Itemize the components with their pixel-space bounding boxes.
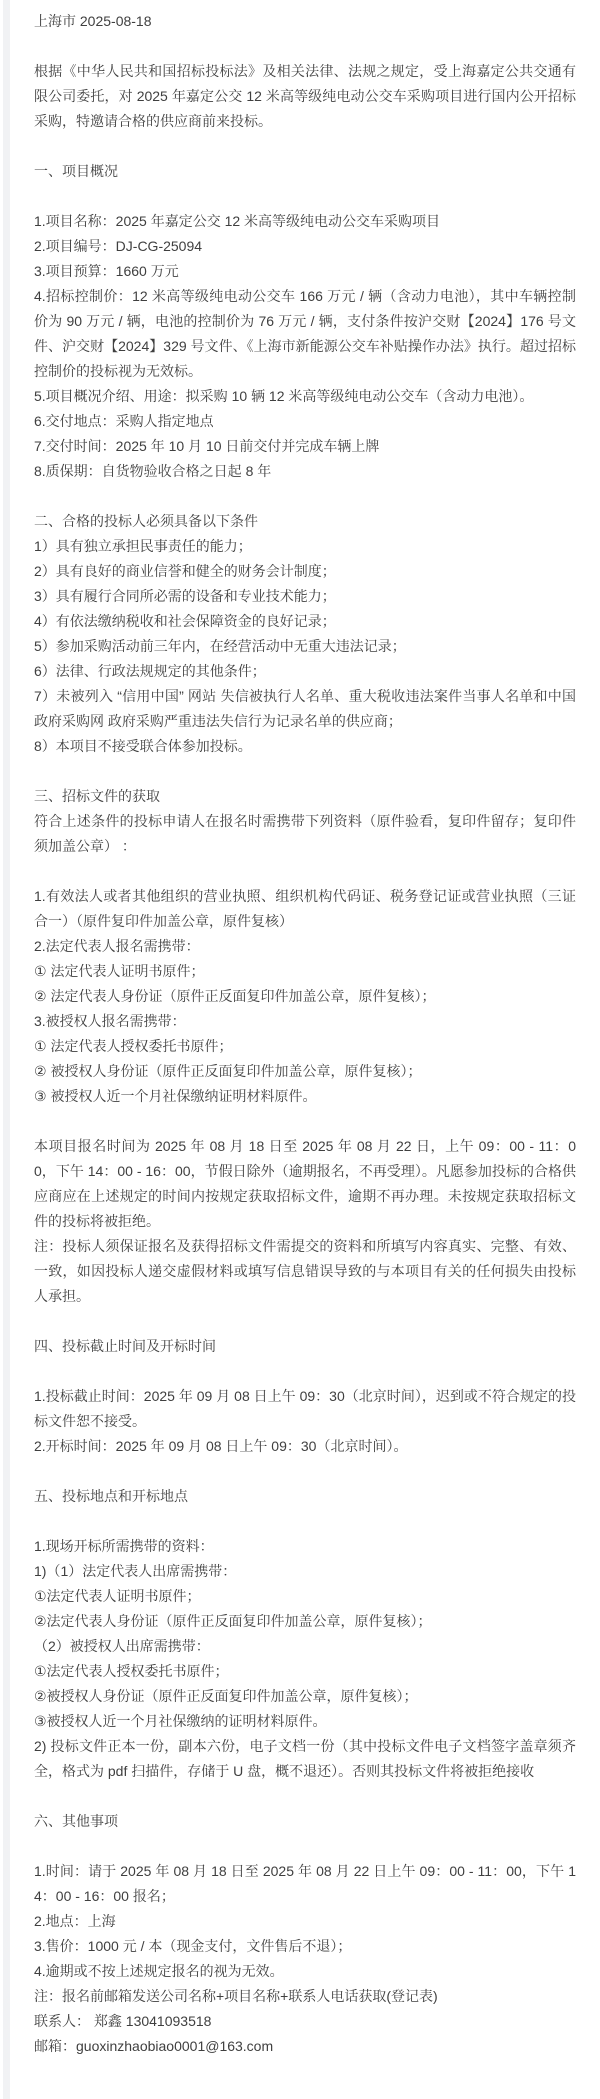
date-line: 上海市 2025-08-18 xyxy=(34,9,576,34)
paragraph: 2.地点：上海 xyxy=(34,1909,576,1934)
paragraph: 2.项目编号：DJ-CG-25094 xyxy=(34,234,576,259)
paragraph: 4.逾期或不按上述规定报名的视为无效。 xyxy=(34,1959,576,1984)
paragraph: ② 被授权人身份证（原件正反面复印件加盖公章，原件复核）； xyxy=(34,1059,576,1084)
paragraph: 1)（1）法定代表人出席需携带： xyxy=(34,1559,576,1584)
paragraph: 1）具有独立承担民事责任的能力； xyxy=(34,534,576,559)
paragraph: 6.交付地点：采购人指定地点 xyxy=(34,409,576,434)
paragraph: 1.时间：请于 2025 年 08 月 18 日至 2025 年 08 月 22… xyxy=(34,1859,576,1909)
paragraph: ②被授权人身份证（原件正反面复印件加盖公章，原件复核）； xyxy=(34,1684,576,1709)
paragraph: 注：报名前邮箱发送公司名称+项目名称+联系人电话获取(登记表) xyxy=(34,1984,576,2009)
paragraph: ①法定代表人证明书原件； xyxy=(34,1584,576,1609)
paragraph: 联系人： 郑鑫 13041093518 xyxy=(34,2009,576,2034)
paragraph: ③被授权人近一个月社保缴纳的证明材料原件。 xyxy=(34,1709,576,1734)
paragraph: 8）本项目不接受联合体参加投标。 xyxy=(34,734,576,759)
paragraph: 2.法定代表人报名需携带： xyxy=(34,934,576,959)
paragraph: 3.售价：1000 元 / 本（现金支付，文件售后不退）； xyxy=(34,1934,576,1959)
paragraph: ②法定代表人身份证（原件正反面复印件加盖公章，原件复核）； xyxy=(34,1609,576,1634)
paragraph: 3.被授权人报名需携带： xyxy=(34,1009,576,1034)
paragraph: 2) 投标文件正本一份，副本六份，电子文档一份（其中投标文件电子文档签字盖章须齐… xyxy=(34,1734,576,1784)
paragraph: 3.项目预算：1660 万元 xyxy=(34,259,576,284)
section-heading: 二、合格的投标人必须具备以下条件 xyxy=(34,509,576,534)
paragraph: 5）参加采购活动前三年内，在经营活动中无重大违法记录； xyxy=(34,634,576,659)
paragraph: 1.有效法人或者其他组织的营业执照、组织机构代码证、税务登记证或营业执照（三证合… xyxy=(34,884,576,934)
paragraph: ③ 被授权人近一个月社保缴纳证明材料原件。 xyxy=(34,1084,576,1109)
paragraph: ① 法定代表人证明书原件； xyxy=(34,959,576,984)
section-heading: 一、项目概况 xyxy=(34,159,576,184)
paragraph: 2.开标时间：2025 年 09 月 08 日上午 09：30（北京时间）。 xyxy=(34,1434,576,1459)
page-left-edge xyxy=(3,0,10,2099)
section-heading: 三、招标文件的获取 xyxy=(34,784,576,809)
paragraph: 2）具有良好的商业信誉和健全的财务会计制度； xyxy=(34,559,576,584)
paragraph: 4）有依法缴纳税收和社会保障资金的良好记录； xyxy=(34,609,576,634)
paragraph: 1.投标截止时间：2025 年 09 月 08 日上午 09：30（北京时间），… xyxy=(34,1384,576,1434)
paragraph: 本项目报名时间为 2025 年 08 月 18 日至 2025 年 08 月 2… xyxy=(34,1134,576,1234)
document-body: 上海市 2025-08-18根据《中华人民共和国招标投标法》及相关法律、法规之规… xyxy=(0,0,600,2099)
paragraph: 邮箱：guoxinzhaobiao0001@163.com xyxy=(34,2034,576,2059)
paragraph: 注：投标人须保证报名及获得招标文件需提交的资料和所填写内容真实、完整、有效、一致… xyxy=(34,1234,576,1309)
section-heading: 五、投标地点和开标地点 xyxy=(34,1484,576,1509)
section-heading: 六、其他事项 xyxy=(34,1809,576,1834)
paragraph: ① 法定代表人授权委托书原件； xyxy=(34,1034,576,1059)
section-heading: 四、投标截止时间及开标时间 xyxy=(34,1334,576,1359)
paragraph: 符合上述条件的投标申请人在报名时需携带下列资料（原件验看，复印件留存；复印件须加… xyxy=(34,809,576,859)
paragraph: 1.现场开标所需携带的资料： xyxy=(34,1534,576,1559)
paragraph: 7）未被列入 “信用中国” 网站 失信被执行人名单、重大税收违法案件当事人名单和… xyxy=(34,684,576,734)
paragraph: 3）具有履行合同所必需的设备和专业技术能力； xyxy=(34,584,576,609)
paragraph: 6）法律、行政法规规定的其他条件； xyxy=(34,659,576,684)
paragraph: ①法定代表人授权委托书原件； xyxy=(34,1659,576,1684)
paragraph: 1.项目名称：2025 年嘉定公交 12 米高等级纯电动公交车采购项目 xyxy=(34,209,576,234)
paragraph: 7.交付时间：2025 年 10 月 10 日前交付并完成车辆上牌 xyxy=(34,434,576,459)
paragraph: 8.质保期：自货物验收合格之日起 8 年 xyxy=(34,459,576,484)
paragraph: ② 法定代表人身份证（原件正反面复印件加盖公章，原件复核）； xyxy=(34,984,576,1009)
paragraph: 5.项目概况介绍、用途：拟采购 10 辆 12 米高等级纯电动公交车（含动力电池… xyxy=(34,384,576,409)
paragraph: （2）被授权人出席需携带： xyxy=(34,1634,576,1659)
paragraph: 4.招标控制价：12 米高等级纯电动公交车 166 万元 / 辆（含动力电池），… xyxy=(34,284,576,384)
paragraph: 根据《中华人民共和国招标投标法》及相关法律、法规之规定，受上海嘉定公共交通有限公… xyxy=(34,59,576,134)
